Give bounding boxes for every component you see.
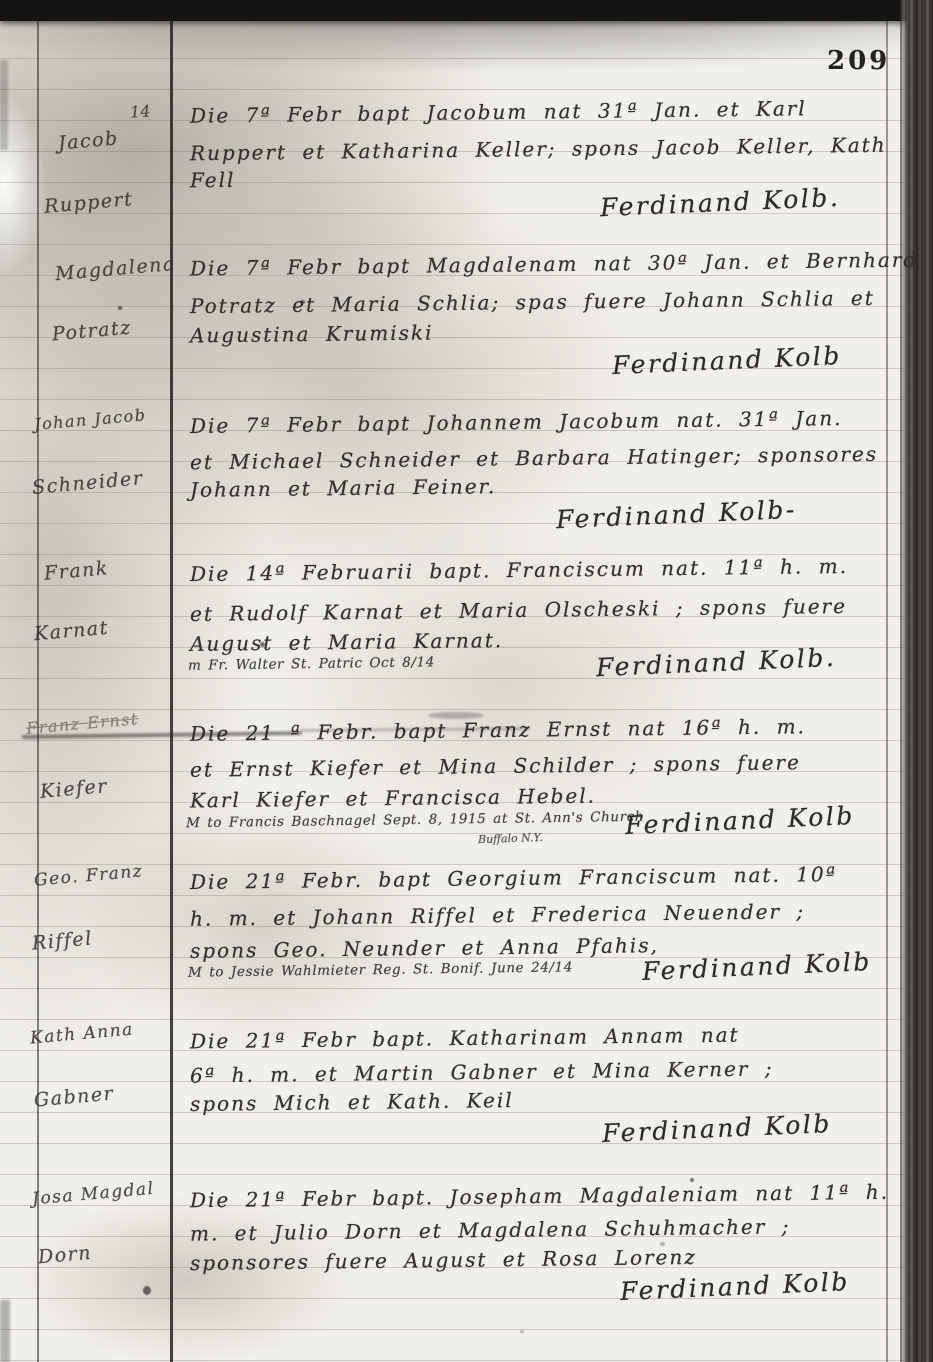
margin-name: Kath Anna [29, 1020, 134, 1049]
scan-speck [690, 1178, 694, 1182]
scan-edge-mark [0, 1300, 10, 1362]
priest-signature: Ferdinand Kolb. [599, 183, 840, 222]
priest-signature: Ferdinand Kolb. [595, 643, 836, 682]
entry-line: m. et Julio Dorn et Magdalena Schuhmache… [190, 1214, 791, 1245]
baptism-entry-4: Frank Karnat Die 14ª Februarii bapt. Fra… [0, 0, 933, 1362]
margin-name: Dorn [37, 1242, 93, 1269]
margin-entry-number: 14 [129, 101, 151, 121]
margin-name: Ruppert [43, 188, 134, 218]
margin-name: Schneider [31, 467, 144, 499]
ruled-lines [0, 28, 933, 1362]
margin-name: Frank [43, 557, 110, 585]
entry-line: Die 7ª Febr bapt Jacobum nat 31ª Jan. et… [190, 96, 807, 128]
margin-name: Geo. Franz [33, 861, 144, 890]
entry-line: Augustina Krumiski [190, 321, 434, 348]
scan-speck [660, 1242, 665, 1246]
entry-line: Die 21ª Febr. bapt Georgium Franciscum n… [190, 862, 837, 894]
priest-signature: Ferdinand Kolb [601, 1109, 832, 1148]
scan-speck [520, 1330, 524, 1333]
entry-line: Die 7ª Febr bapt Johannem Jacobum nat. 3… [190, 406, 843, 438]
entry-line: Die 21ª Febr bapt. Josepham Magdaleniam … [190, 1180, 889, 1213]
margin-name: Josa Magdal [31, 1179, 155, 1210]
scan-speck [143, 1286, 151, 1295]
priest-signature: Ferdinand Kolb [641, 947, 872, 986]
baptism-entry-1: 14 Jacob Ruppert Die 7ª Febr bapt Jacobu… [0, 0, 933, 1362]
entry-line: Die 7ª Febr bapt Magdalenam nat 30ª Jan.… [190, 248, 918, 281]
scan-speck [300, 300, 305, 304]
entry-line: et Ernst Kiefer et Mina Schilder ; spons… [190, 750, 801, 781]
entry-line: et Rudolf Karnat et Maria Olscheski ; sp… [190, 594, 847, 626]
marriage-note: M to Francis Baschnagel Sept. 8, 1915 at… [186, 809, 644, 831]
baptism-entry-6: Geo. Franz Riffel Die 21ª Febr. bapt Geo… [0, 0, 933, 1362]
scan-shading [0, 0, 933, 1362]
entry-line: Johann et Maria Feiner. [190, 474, 497, 502]
scan-edge-top [0, 0, 933, 21]
scan-speck [260, 642, 265, 647]
entry-line: Die 14ª Februarii bapt. Franciscum nat. … [190, 554, 848, 586]
entry-line: et Michael Schneider et Barbara Hatinger… [190, 442, 878, 474]
margin-name: Jacob [57, 127, 119, 154]
margin-name: Kiefer [39, 775, 109, 803]
margin-name: Magdalena [54, 253, 176, 285]
marriage-note-place: Buffalo N.Y. [478, 831, 543, 846]
entry-line: Die 21ª Febr bapt. Katharinam Annam nat [190, 1023, 740, 1054]
baptism-entry-8: Josa Magdal Dorn Die 21ª Febr bapt. Jose… [0, 0, 933, 1362]
priest-signature: Ferdinand Kolb- [555, 495, 797, 534]
baptism-entry-7: Kath Anna Gabner Die 21ª Febr bapt. Kath… [0, 0, 933, 1362]
right-margin-rule [886, 21, 888, 1362]
baptism-entry-3: Johan Jacob Schneider Die 7ª Febr bapt J… [0, 0, 933, 1362]
entry-line: August et Maria Karnat. [190, 628, 503, 656]
margin-name: Johan Jacob [33, 405, 147, 434]
page-number: 209 [827, 46, 890, 76]
entry-line: Die 21 ª Febr. bapt Franz Ernst nat 16ª … [190, 714, 806, 746]
marriage-note: m Fr. Walter St. Patric Oct 8/14 [188, 654, 435, 673]
scan-edge-right [900, 0, 933, 1362]
baptism-entry-5: Franz Ernst Kiefer Die 21 ª Febr. bapt F… [0, 0, 933, 1362]
marriage-note: M to Jessie Wahlmieter Reg. St. Bonif. J… [188, 959, 573, 980]
entry-line: 6ª h. m. et Martin Gabner et Mina Kerner… [190, 1056, 774, 1087]
scan-speck [118, 306, 122, 310]
priest-signature: Ferdinand Kolb [611, 341, 842, 380]
entry-line: spons Geo. Neunder et Anna Pfahis, [190, 933, 659, 963]
entry-line: h. m. et Johann Riffel et Frederica Neue… [190, 899, 805, 931]
scan-edge-mark [0, 60, 8, 150]
margin-name: Potratz [51, 317, 132, 346]
margin-name: Riffel [31, 927, 93, 954]
entry-line: Potratz et Maria Schlia; spas fuere Joha… [190, 286, 875, 318]
margin-name: Karnat [33, 617, 109, 645]
entry-line: Fell [190, 168, 236, 193]
baptism-entry-2: Magdalena Potratz Die 7ª Febr bapt Magda… [0, 0, 933, 1362]
margin-name: Gabner [33, 1083, 115, 1112]
left-margin-rule [37, 21, 39, 1362]
entry-line: spons Mich et Kath. Keil [190, 1088, 514, 1116]
register-page-scan: 209 14 Jacob Ruppert Die 7ª Febr bapt Ja… [0, 0, 933, 1362]
margin-name: Franz Ernst [25, 709, 139, 738]
priest-signature: Ferdinand Kolb [619, 1267, 850, 1306]
entry-line: Karl Kiefer et Francisca Hebel. [190, 784, 596, 813]
column-separator-rule [170, 21, 173, 1362]
entry-line: Ruppert et Katharina Keller; spons Jacob… [190, 133, 887, 166]
priest-signature: Ferdinand Kolb [624, 801, 855, 840]
entry-line: sponsores fuere August et Rosa Lorenz [190, 1245, 697, 1275]
